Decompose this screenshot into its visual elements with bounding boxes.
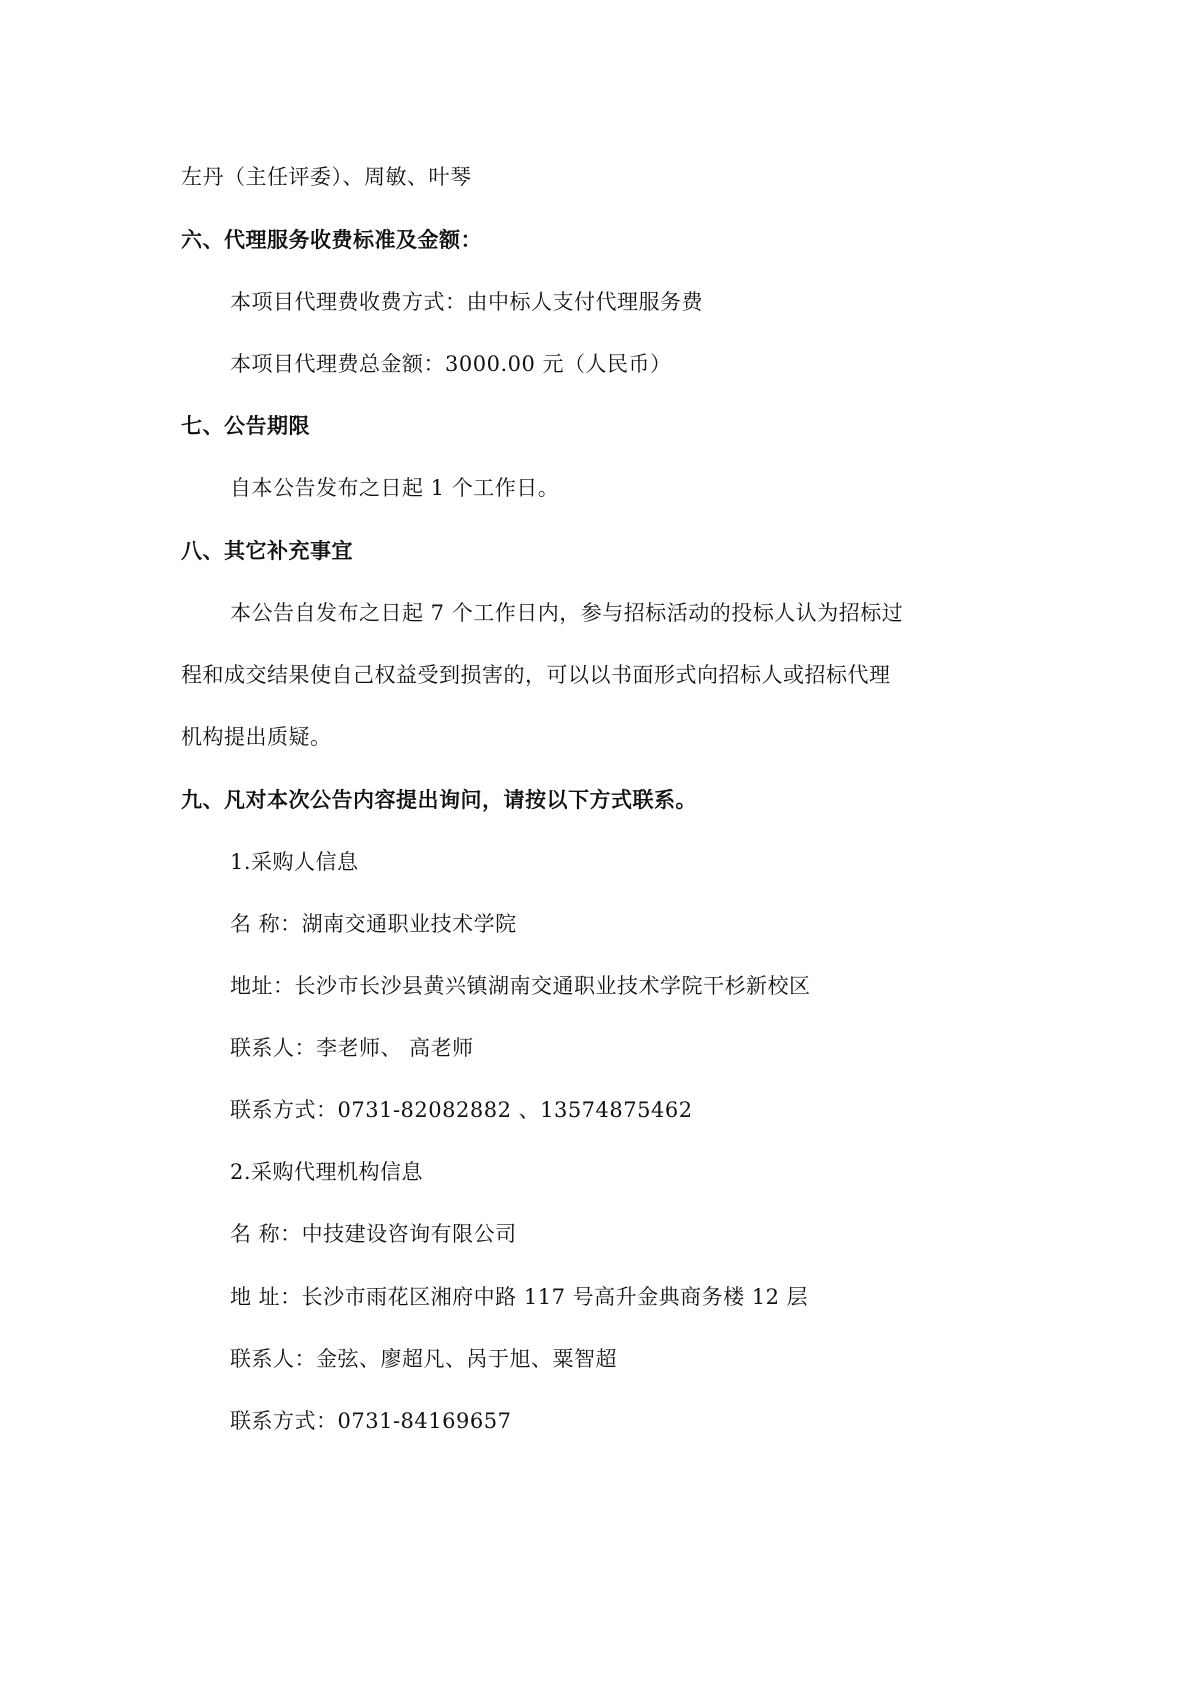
- buyer-contact-person: 联系人：李老师、 高老师: [230, 1034, 474, 1062]
- buyer-address: 地址：长沙市长沙县黄兴镇湖南交通职业技术学院干杉新校区: [230, 972, 811, 1000]
- section-6-heading: 六、代理服务收费标准及金额：: [181, 226, 482, 254]
- agency-contact-person: 联系人：金弦、廖超凡、呙于旭、粟智超: [230, 1345, 617, 1373]
- supplement-paragraph-line-2: 程和成交结果使自己权益受到损害的，可以以书面形式向招标人或招标代理: [181, 661, 891, 689]
- section-7-heading: 七、公告期限: [181, 412, 310, 440]
- agency-address: 地 址：长沙市雨花区湘府中路 117 号高升金典商务楼 12 层: [230, 1283, 808, 1311]
- agency-phone: 联系方式：0731-84169657: [230, 1407, 511, 1435]
- fee-amount-text: 本项目代理费总金额：3000.00 元（人民币）: [230, 350, 672, 378]
- agency-info-title: 2.采购代理机构信息: [230, 1158, 423, 1186]
- section-9-heading: 九、凡对本次公告内容提出询问，请按以下方式联系。: [181, 786, 697, 814]
- notice-period-text: 自本公告发布之日起 1 个工作日。: [230, 474, 559, 502]
- document-page: 左丹（主任评委）、周敏、叶琴 六、代理服务收费标准及金额： 本项目代理费收费方式…: [0, 0, 1191, 1684]
- section-8-heading: 八、其它补充事宜: [181, 537, 353, 565]
- buyer-name: 名 称：湖南交通职业技术学院: [230, 910, 517, 938]
- supplement-paragraph-line-1: 本公告自发布之日起 7 个工作日内，参与招标活动的投标人认为招标过: [230, 599, 903, 627]
- fee-method-text: 本项目代理费收费方式：由中标人支付代理服务费: [230, 288, 703, 316]
- buyer-phone: 联系方式：0731-82082882 、13574875462: [230, 1096, 693, 1124]
- supplement-paragraph-line-3: 机构提出质疑。: [181, 723, 332, 751]
- agency-name: 名 称：中技建设咨询有限公司: [230, 1220, 517, 1248]
- buyer-info-title: 1.采购人信息: [230, 848, 359, 876]
- judges-list: 左丹（主任评委）、周敏、叶琴: [181, 163, 472, 191]
